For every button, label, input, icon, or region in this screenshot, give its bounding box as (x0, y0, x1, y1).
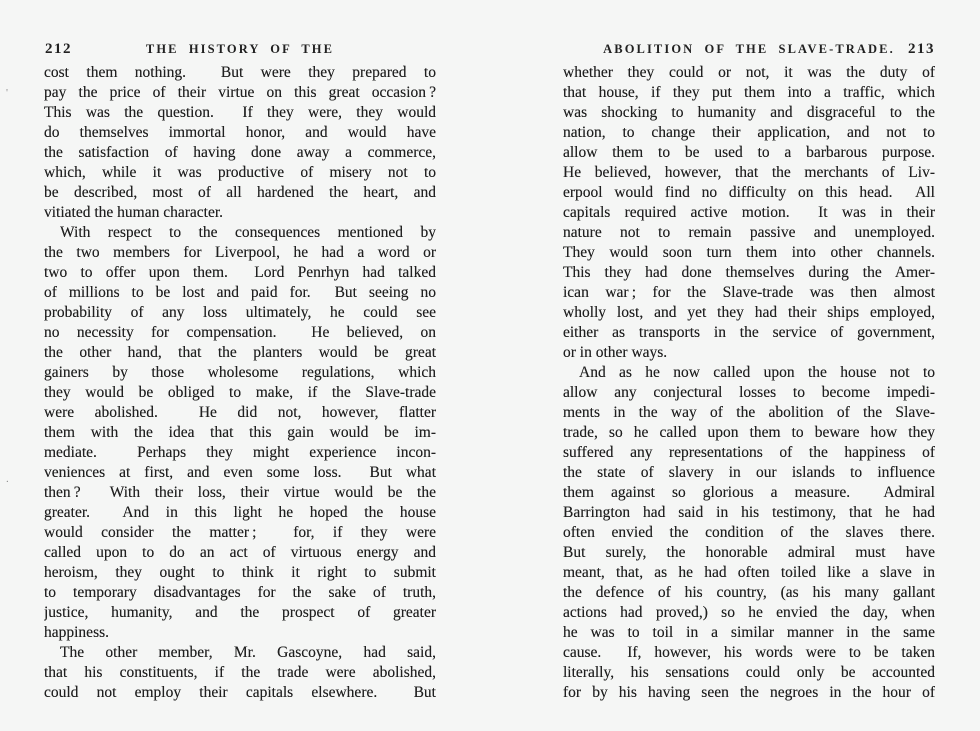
text-line: do themselves immortal honor, and would … (44, 123, 436, 143)
text-line: meant, that, as he had often toiled like… (563, 563, 935, 583)
text-line: the defence of his country, (as his many… (563, 583, 935, 603)
text-line: pay the price of their virtue on this gr… (44, 83, 436, 103)
text-line: heroism, they ought to think it right to… (44, 563, 436, 583)
text-line: of millions to be lost and paid for. But… (44, 283, 436, 303)
running-header-left: 212 THE HISTORY OF THE (44, 41, 436, 59)
text-line: cause. If, however, his words were to be… (563, 643, 935, 663)
running-head-title-right: ABOLITION OF THE SLAVE-TRADE. (563, 42, 935, 57)
text-line: erpool would find no difficulty on this … (563, 183, 935, 203)
text-line: either as transports in the service of g… (563, 323, 935, 343)
text-line: And as he now called upon the house not … (563, 363, 935, 383)
text-line: be described, most of all hardened the h… (44, 183, 436, 203)
text-line: or in other ways. (563, 343, 935, 363)
text-line: trade, so he called upon them to beware … (563, 423, 935, 443)
page-number-right: 213 (908, 41, 935, 58)
text-line: literally, his sensations could only be … (563, 663, 935, 683)
text-line: But surely, the honorable admiral must h… (563, 543, 935, 563)
text-line: ican war ; for the Slave-trade was then … (563, 283, 935, 303)
text-line: them against so glorious a measure. Admi… (563, 483, 935, 503)
text-line: would consider the matter ; for, if they… (44, 523, 436, 543)
text-line: mediate. Perhaps they might experience i… (44, 443, 436, 463)
text-line: With respect to the consequences mention… (44, 223, 436, 243)
text-line: the other hand, that the planters would … (44, 343, 436, 363)
text-line: the state of slavery in our islands to i… (563, 463, 935, 483)
text-line: that his constituents, if the trade were… (44, 663, 436, 683)
text-line: wholly lost, and yet they had their ship… (563, 303, 935, 323)
text-line: to temporary disadvantages for the sake … (44, 583, 436, 603)
text-line: two to offer upon them. Lord Penrhyn had… (44, 263, 436, 283)
text-line: Barrington had said in his testimony, th… (563, 503, 935, 523)
text-line: was shocking to humanity and disgraceful… (563, 103, 935, 123)
text-line: nation, to change their application, and… (563, 123, 935, 143)
text-line: the satisfaction of having done away a c… (44, 143, 436, 163)
text-line: They would soon turn them into other cha… (563, 243, 935, 263)
text-line: The other member, Mr. Gascoyne, had said… (44, 643, 436, 663)
text-line: happiness. (44, 623, 436, 643)
running-head-title-left: THE HISTORY OF THE (44, 42, 436, 57)
text-line: greater. And in this light he hoped the … (44, 503, 436, 523)
text-line: gainers by those wholesome regulations, … (44, 363, 436, 383)
text-line: suffered any representations of the happ… (563, 443, 935, 463)
text-line: vitiated the human character. (44, 203, 436, 223)
text-line: could not employ their capitals elsewher… (44, 683, 436, 703)
page-body-right: whether they could or not, it was the du… (563, 63, 935, 703)
text-line: nature not to remain passive and unemplo… (563, 223, 935, 243)
text-line: This was the question. If they were, the… (44, 103, 436, 123)
text-line: veniences at first, and even some loss. … (44, 463, 436, 483)
scan-speck: ' (6, 88, 8, 99)
text-line: he was to toil in a similar manner in th… (563, 623, 935, 643)
page-body-left: cost them nothing. But were they prepare… (44, 63, 436, 703)
text-line: often envied the condition of the slaves… (563, 523, 935, 543)
text-line: cost them nothing. But were they prepare… (44, 63, 436, 83)
text-line: justice, humanity, and the prospect of g… (44, 603, 436, 623)
text-line: This they had done themselves during the… (563, 263, 935, 283)
text-line: for by his having seen the negroes in th… (563, 683, 935, 703)
text-line: them with the idea that this gain would … (44, 423, 436, 443)
page-left: 212 THE HISTORY OF THE cost them nothing… (44, 0, 436, 731)
text-line: no necessity for compensation. He believ… (44, 323, 436, 343)
text-line: whether they could or not, it was the du… (563, 63, 935, 83)
page-right: ABOLITION OF THE SLAVE-TRADE. 213 whethe… (563, 0, 935, 731)
text-line: were abolished. He did not, however, fla… (44, 403, 436, 423)
text-line: probability of any loss ultimately, he c… (44, 303, 436, 323)
text-line: they would be obliged to make, if the Sl… (44, 383, 436, 403)
text-line: which, while it was productive of misery… (44, 163, 436, 183)
scanned-book-spread: { "colors": { "background": "#f5f6f5", "… (0, 0, 980, 731)
text-line: allow any conjectural losses to become i… (563, 383, 935, 403)
text-line: actions had proved,) so he envied the da… (563, 603, 935, 623)
text-line: called upon to do an act of virtuous ene… (44, 543, 436, 563)
text-line: the two members for Liverpool, he had a … (44, 243, 436, 263)
text-line: ments in the way of the abolition of the… (563, 403, 935, 423)
text-line: allow them to be used to a barbarous pur… (563, 143, 935, 163)
running-header-right: ABOLITION OF THE SLAVE-TRADE. 213 (563, 41, 935, 59)
text-line: that house, if they put them into a traf… (563, 83, 935, 103)
scan-speck: . (6, 474, 9, 485)
text-line: capitals required active motion. It was … (563, 203, 935, 223)
text-line: He believed, however, that the merchants… (563, 163, 935, 183)
text-line: then ? With their loss, their virtue wou… (44, 483, 436, 503)
